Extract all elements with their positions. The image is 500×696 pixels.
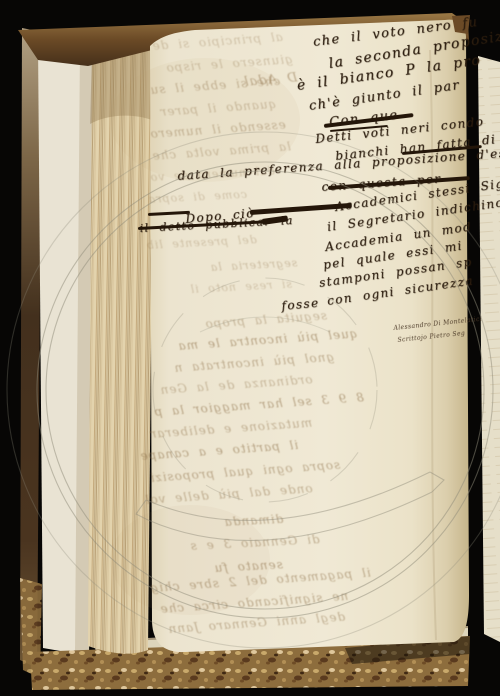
page-stain (110, 58, 300, 182)
manuscript-photo: al principio si degiunsero le rispoD Ada… (0, 0, 500, 696)
adjacent-page-sliver (478, 56, 500, 642)
page-stain (110, 505, 270, 615)
book-illustration (0, 0, 500, 696)
